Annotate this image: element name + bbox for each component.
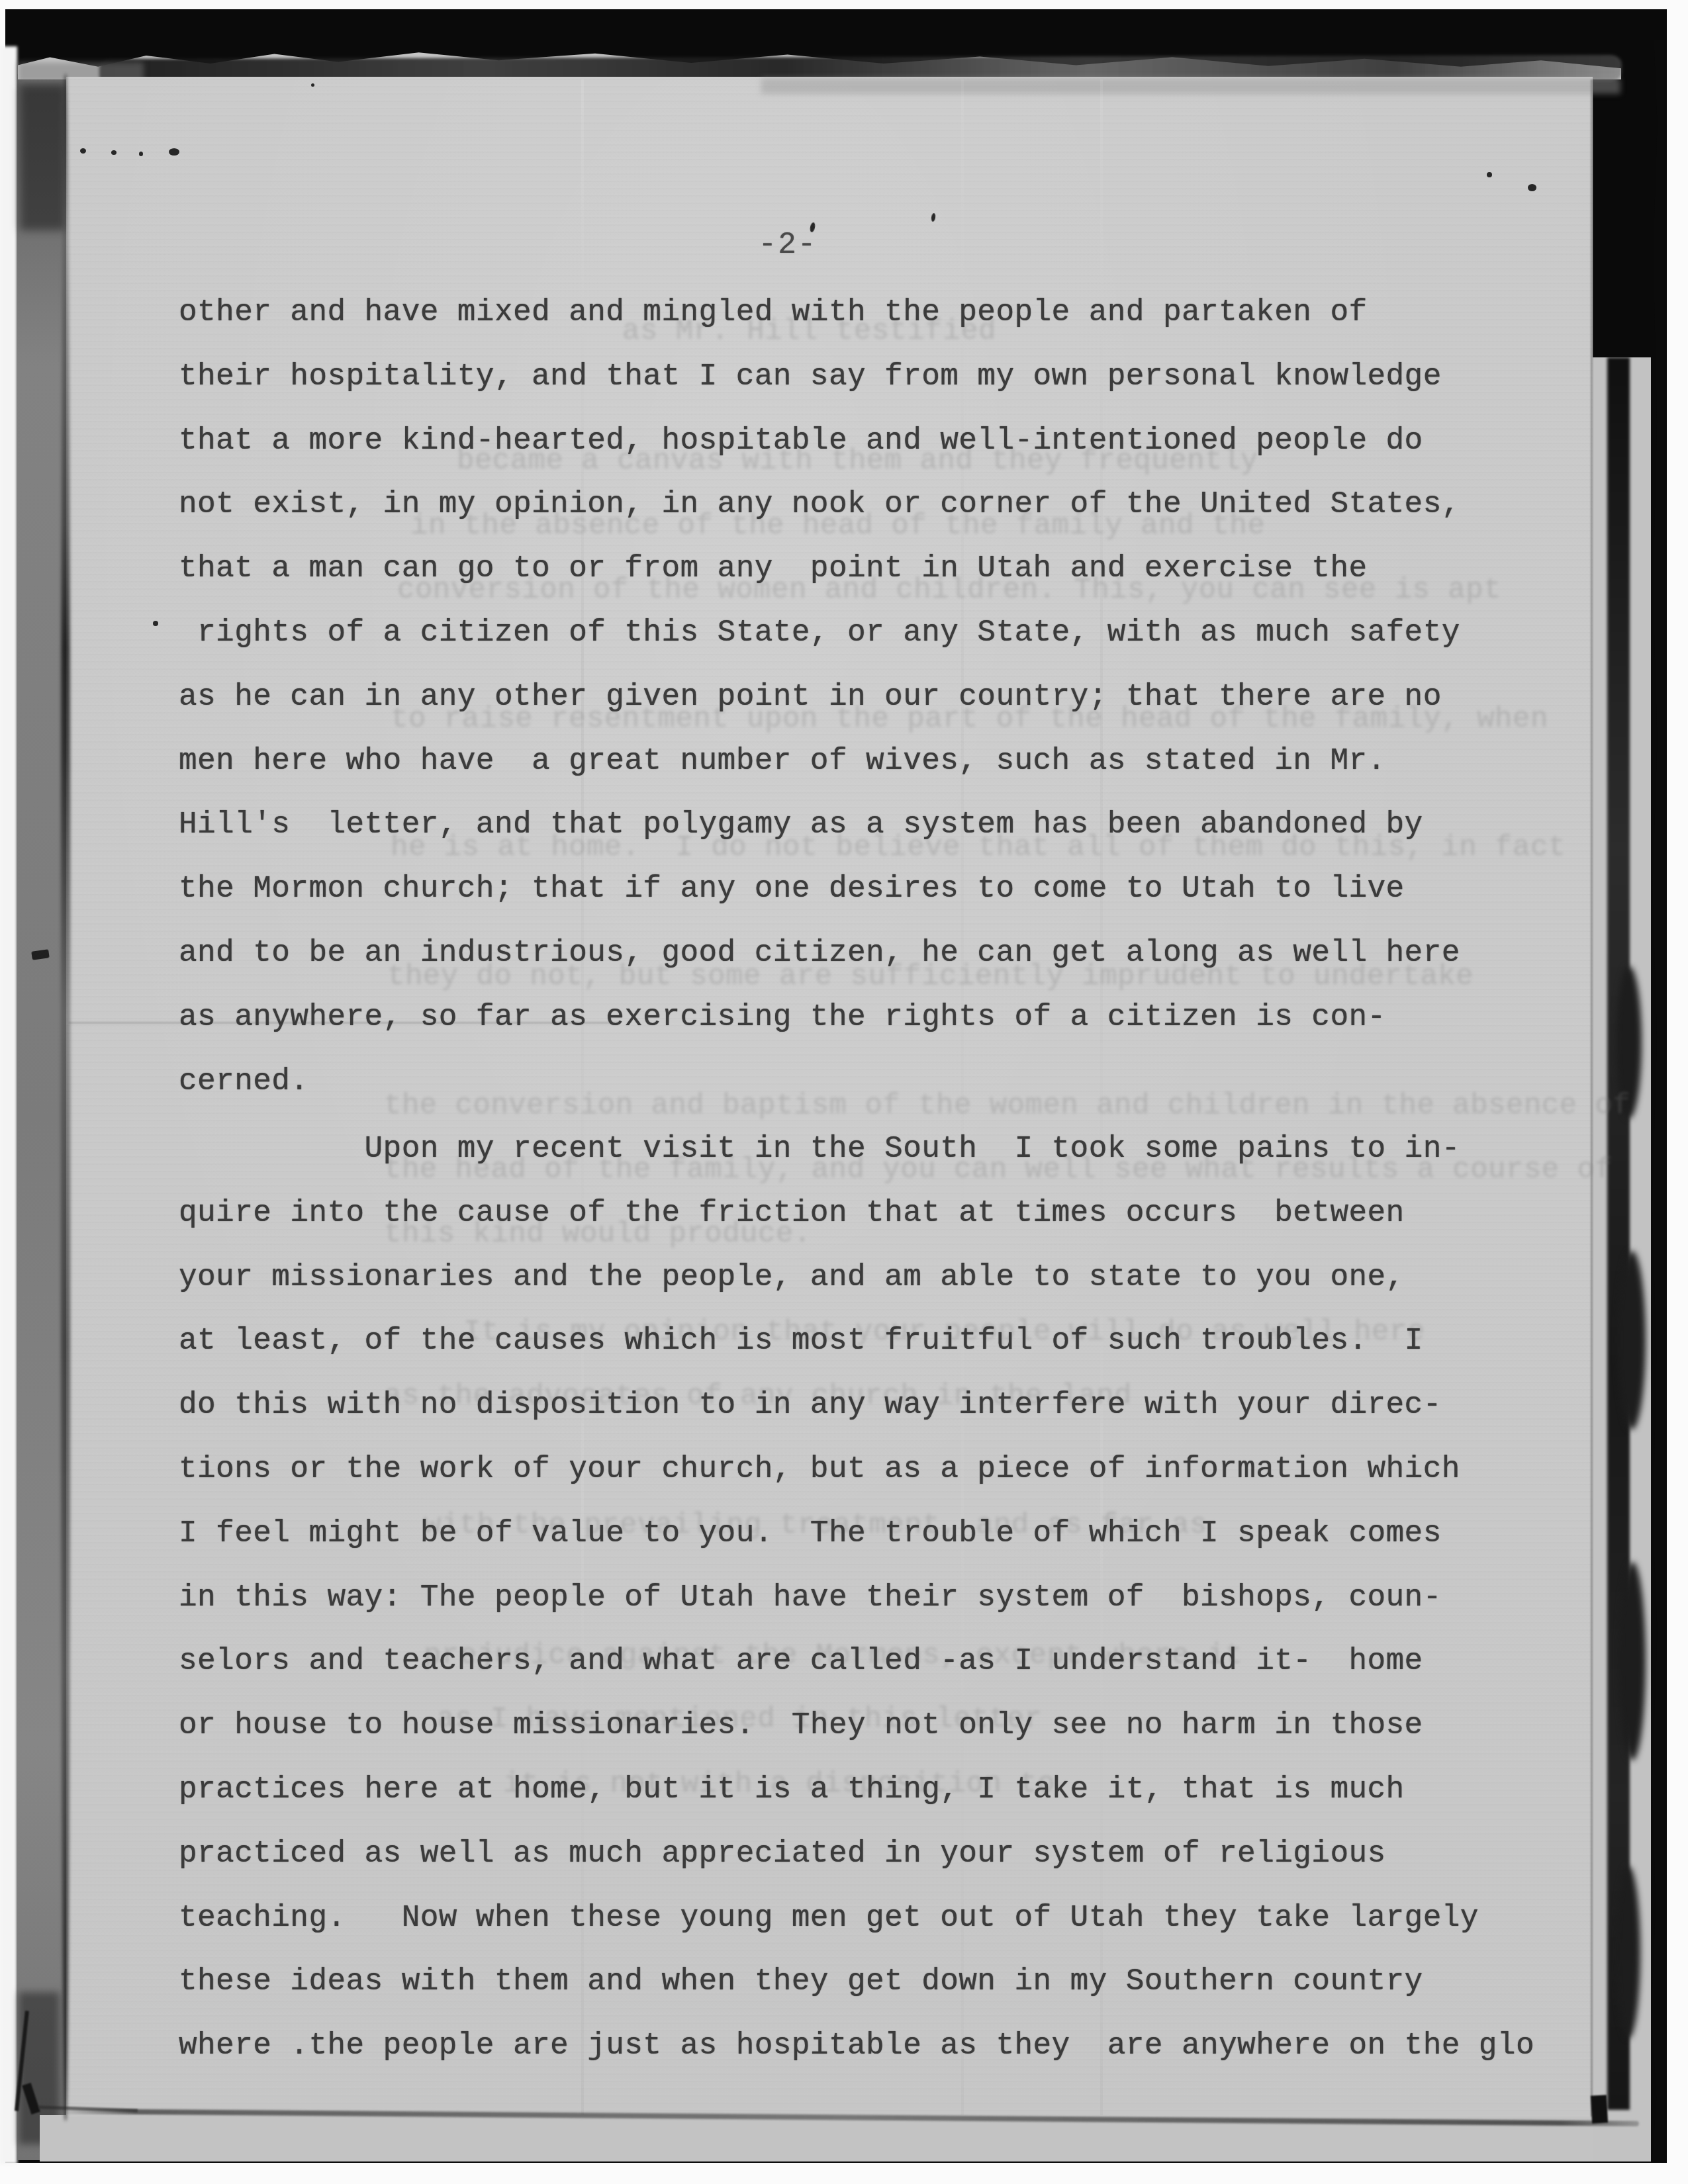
typed-line: Hill's letter, and that polygamy as a sy… xyxy=(179,793,1460,857)
ink-speck xyxy=(1487,172,1492,177)
typed-line: where .the people are just as hospitable… xyxy=(179,2014,1534,2078)
ink-speck xyxy=(153,621,158,626)
typed-line: men here who have a great number of wive… xyxy=(179,729,1460,794)
typed-line: quire into the cause of the friction tha… xyxy=(179,1181,1534,1246)
typed-line: your missionaries and the people, and am… xyxy=(179,1246,1534,1310)
ink-speck xyxy=(111,150,117,155)
typed-line: as he can in any other given point in ou… xyxy=(179,665,1460,729)
curl-shadow-bulge xyxy=(1619,1562,1646,1760)
typed-line: teaching. Now when these young men get o… xyxy=(179,1886,1534,1950)
typed-line: in this way: The people of Utah have the… xyxy=(179,1566,1534,1630)
scan-left-margin xyxy=(0,46,17,2164)
left-fold-line xyxy=(61,74,70,2120)
page-top-underfold xyxy=(761,78,1620,94)
typed-line: practiced as well as much appreciated in… xyxy=(179,1822,1534,1886)
ink-speck xyxy=(139,152,143,156)
typed-line: these ideas with them and when they get … xyxy=(179,1950,1534,2014)
curl-shadow-bulge xyxy=(1618,1251,1646,1430)
typed-line: rights of a citizen of this State, or an… xyxy=(179,601,1460,665)
left-shadow-patch-top xyxy=(20,85,66,230)
typed-line: selors and teachers, and what are called… xyxy=(179,1629,1534,1694)
ink-speck xyxy=(80,148,86,154)
typed-line: cerned. xyxy=(179,1050,1460,1114)
typed-line: the Mormon church; that if any one desir… xyxy=(179,857,1460,921)
typed-line: and to be an industrious, good citizen, … xyxy=(179,921,1460,985)
typed-line: their hospitality, and that I can say fr… xyxy=(179,345,1460,409)
typed-line: other and have mixed and mingled with th… xyxy=(179,281,1460,345)
typed-line: do this with no disposition to in any wa… xyxy=(179,1373,1534,1437)
typed-line: tions or the work of your church, but as… xyxy=(179,1437,1534,1502)
paragraph-1: other and have mixed and mingled with th… xyxy=(179,281,1460,1113)
typed-line: Upon my recent visit in the South I took… xyxy=(179,1117,1534,1181)
paragraph-2: Upon my recent visit in the South I took… xyxy=(179,1117,1534,2078)
ink-speck xyxy=(169,148,179,156)
typed-line: that a man can go to or from any point i… xyxy=(179,537,1460,601)
ink-speck xyxy=(311,83,314,87)
typed-line: practices here at home, but it is a thin… xyxy=(179,1758,1534,1822)
typed-line: as anywhere, so far as exercising the ri… xyxy=(179,985,1460,1050)
curl-shadow-bulge xyxy=(1617,1866,1640,2038)
typed-line: not exist, in my opinion, in any nook or… xyxy=(179,473,1460,537)
typed-line: or house to house missionaries. They not… xyxy=(179,1694,1534,1758)
scanned-letter-page: -2- other and have mixed and mingled wit… xyxy=(0,0,1688,2184)
page-curl-shadow xyxy=(1607,357,1630,2110)
typed-line: at least, of the causes which is most fr… xyxy=(179,1309,1534,1373)
typed-line: I feel might be of value to you. The tro… xyxy=(179,1502,1534,1566)
typed-line: that a more kind-hearted, hospitable and… xyxy=(179,409,1460,473)
page-number: -2- xyxy=(741,213,834,277)
ink-speck xyxy=(1528,184,1536,191)
bottom-right-corner-shadow xyxy=(1591,2095,1608,2123)
